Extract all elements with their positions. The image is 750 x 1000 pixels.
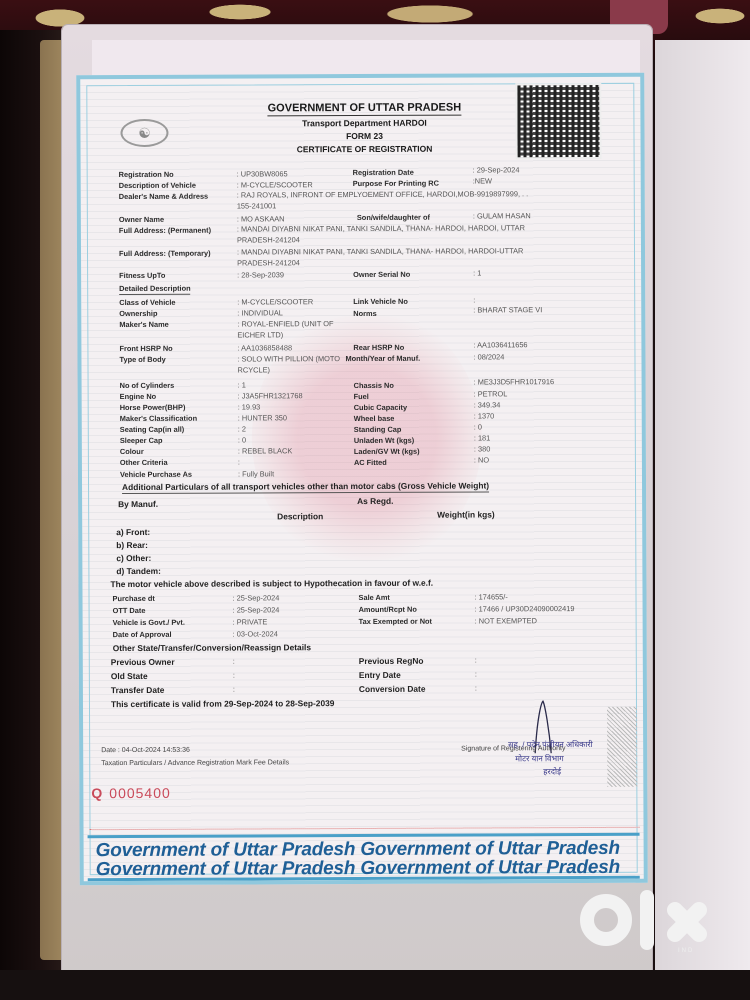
value-wheel-base: : 1370: [474, 411, 495, 420]
value-fuel: : PETROL: [474, 389, 508, 398]
stamp-line-2: मोटर यान विभाग: [515, 753, 564, 764]
label-engine-no: Engine No: [120, 392, 157, 401]
label-makers-classification: Maker's Classification: [120, 414, 197, 423]
value-makers-name: : ROYAL-ENFIELD (UNIT OF: [237, 319, 333, 328]
government-heading: GOVERNMENT OF UTTAR PRADESH: [80, 101, 647, 115]
label-govt-pvt: Vehicle is Govt./ Pvt.: [113, 618, 185, 627]
label-cubic-capacity: Cubic Capacity: [354, 403, 407, 412]
label-seating-cap: Seating Cap(in all): [120, 425, 185, 434]
value-address-temporary-2: PRADESH-241204: [237, 258, 300, 267]
label-cylinders: No of Cylinders: [120, 381, 175, 390]
value-amount-rcpt: : 17466 / UP30D24090002419: [475, 604, 575, 613]
label-month-year-manuf: Month/Year of Manuf.: [345, 354, 420, 363]
label-registration-no: Registration No: [119, 170, 174, 179]
label-purchase-dt: Purchase dt: [112, 594, 154, 603]
label-other-criteria: Other Criteria: [120, 458, 168, 467]
label-makers-name: Maker's Name: [119, 320, 168, 329]
olx-region: IND: [678, 948, 694, 954]
label-tax-exempted: Tax Exempted or Not: [359, 617, 432, 626]
value-description-of-vehicle: : M-CYCLE/SCOOTER: [237, 180, 313, 189]
value-month-year-manuf: : 08/2024: [473, 352, 504, 361]
banner-line-2: Government of Uttar Pradesh Government o…: [96, 857, 620, 881]
olx-o-shape: [580, 894, 632, 946]
label-rear-hsrp: Rear HSRP No: [353, 343, 404, 352]
label-laden-wt: Laden/GV Wt (kgs): [354, 447, 420, 456]
label-description: Description: [277, 511, 323, 521]
label-conversion-date: Conversion Date: [359, 684, 426, 694]
value-standing-cap: : 0: [474, 422, 482, 431]
value-purchase-as: : Fully Built: [238, 469, 274, 478]
label-wheel-base: Wheel base: [354, 414, 395, 423]
value-old-state: :: [233, 671, 235, 680]
value-rear-hsrp: : AA1036411656: [473, 340, 527, 349]
label-dealer: Dealer's Name & Address: [119, 192, 208, 201]
hologram-strip: [607, 707, 637, 787]
label-previous-regno: Previous RegNo: [359, 656, 424, 666]
value-previous-owner: :: [233, 657, 235, 666]
label-horse-power: Horse Power(BHP): [120, 403, 186, 412]
adjacent-sleeve-page: [655, 40, 750, 1000]
certificate-serial: Q0005400: [91, 785, 170, 801]
value-conversion-date: :: [475, 684, 477, 693]
label-front-hsrp: Front HSRP No: [119, 344, 172, 353]
serial-number: 0005400: [109, 785, 171, 801]
label-axle-rear: b) Rear:: [116, 540, 148, 550]
label-address-temporary: Full Address: (Temporary): [119, 249, 211, 258]
hypothecation-note: The motor vehicle above described is sub…: [110, 578, 433, 589]
label-transfer-date: Transfer Date: [111, 685, 165, 695]
value-address-permanent-2: PRADESH-241204: [237, 235, 300, 244]
value-makers-name-2: EICHER LTD): [237, 330, 283, 339]
taxation-particulars: Taxation Particulars / Advance Registrat…: [101, 759, 289, 767]
value-purpose-for-printing: :NEW: [473, 176, 492, 185]
value-norms: : BHARAT STAGE VI: [473, 305, 542, 314]
label-weight: Weight(in kgs): [437, 509, 495, 519]
value-chassis-no: : ME3J3D5FHR1017916: [474, 377, 555, 386]
label-link-vehicle-no: Link Vehicle No: [353, 297, 408, 306]
label-unladen-wt: Unladen Wt (kgs): [354, 436, 414, 445]
label-owner-serial: Owner Serial No: [353, 270, 410, 279]
label-purpose-for-printing: Purpose For Printing RC: [353, 179, 439, 188]
label-chassis-no: Chassis No: [354, 381, 394, 390]
value-purchase-dt: : 25-Sep-2024: [232, 593, 279, 602]
label-date-of-approval: Date of Approval: [113, 630, 172, 639]
value-ownership: : INDIVIDUAL: [237, 308, 283, 317]
value-makers-classification: : HUNTER 350: [238, 413, 287, 422]
label-axle-tandem: d) Tandem:: [116, 566, 161, 576]
value-ac-fitted: : NO: [474, 455, 489, 464]
value-type-of-body: : SOLO WITH PILLION (MOTO: [237, 354, 340, 363]
value-dealer-pin: 155-241001: [237, 201, 277, 210]
value-type-of-body-2: RCYCLE): [238, 365, 270, 374]
label-ac-fitted: AC Fitted: [354, 458, 387, 467]
value-transfer-date: :: [233, 685, 235, 694]
value-front-hsrp: : AA1036858488: [237, 343, 292, 352]
value-sale-amt: : 174655/-: [474, 592, 507, 601]
label-owner-name: Owner Name: [119, 215, 164, 224]
value-address-temporary: : MANDAI DIYABNI NIKAT PANI, TANKI SANDI…: [237, 246, 523, 256]
label-purchase-as: Vehicle Purchase As: [120, 470, 192, 479]
value-govt-pvt: : PRIVATE: [233, 617, 268, 626]
value-fitness-upto: : 28-Sep-2039: [237, 270, 284, 279]
label-sale-amt: Sale Amt: [358, 593, 389, 602]
value-cubic-capacity: : 349.34: [474, 400, 501, 409]
stamp-line-1: सह. / पदेन पंजीयन अधिकारी: [508, 739, 593, 750]
value-entry-date: :: [475, 670, 477, 679]
value-colour: : REBEL BLACK: [238, 446, 292, 455]
label-colour: Colour: [120, 447, 144, 456]
value-owner-name: : MO ASKAAN: [237, 214, 285, 223]
label-fitness-upto: Fitness UpTo: [119, 271, 165, 280]
value-engine-no: : J3A5FHR1321768: [238, 391, 303, 400]
label-sleeper-cap: Sleeper Cap: [120, 436, 163, 445]
value-dealer: : RAJ ROYALS, INFRONT OF EMPLYOEMENT OFF…: [237, 189, 528, 199]
section-detailed-description: Detailed Description: [119, 284, 191, 293]
olx-l-shape: [640, 890, 654, 950]
label-standing-cap: Standing Cap: [354, 425, 402, 434]
value-relation: : GULAM HASAN: [473, 211, 531, 220]
value-other-criteria: :: [238, 458, 240, 467]
olx-watermark-logo: IND: [578, 888, 718, 958]
value-horse-power: : 19.93: [238, 402, 261, 411]
value-address-permanent: : MANDAI DIYABNI NIKAT PANI, TANKI SANDI…: [237, 223, 525, 233]
print-date: Date : 04-Oct-2024 14:53:36: [101, 747, 190, 754]
validity-statement: This certificate is valid from 29-Sep-20…: [111, 698, 334, 709]
label-previous-owner: Previous Owner: [111, 657, 175, 667]
label-ott-date: OTT Date: [113, 606, 146, 615]
value-previous-regno: :: [475, 656, 477, 665]
value-link-vehicle-no: :: [473, 296, 475, 305]
value-tax-exempted: : NOT EXEMPTED: [475, 616, 537, 625]
value-class-of-vehicle: : M-CYCLE/SCOOTER: [237, 297, 313, 306]
section-additional-particulars: Additional Particulars of all transport …: [122, 480, 489, 492]
value-date-of-approval: : 03-Oct-2024: [233, 629, 278, 638]
value-owner-serial: : 1: [473, 268, 481, 277]
label-ownership: Ownership: [119, 309, 157, 318]
value-registration-no: : UP30BW8065: [237, 169, 288, 178]
value-unladen-wt: : 181: [474, 433, 490, 442]
section-transfer-details: Other State/Transfer/Conversion/Reassign…: [113, 642, 311, 653]
label-entry-date: Entry Date: [359, 670, 401, 680]
footer-banner: Government of Uttar Pradesh Government o…: [88, 833, 640, 881]
label-norms: Norms: [353, 309, 376, 318]
value-laden-wt: : 380: [474, 444, 490, 453]
value-registration-date: : 29-Sep-2024: [473, 165, 520, 174]
label-class-of-vehicle: Class of Vehicle: [119, 298, 175, 307]
label-description-of-vehicle: Description of Vehicle: [119, 181, 196, 190]
value-cylinders: : 1: [238, 381, 246, 390]
stamp-line-3: हरदोई: [543, 766, 561, 777]
value-seating-cap: : 2: [238, 425, 246, 434]
label-address-permanent: Full Address: (Permanent): [119, 226, 211, 235]
label-amount-rcpt: Amount/Rcpt No: [359, 605, 417, 614]
folder-bottom: [0, 970, 750, 1000]
label-axle-other: c) Other:: [116, 553, 151, 563]
label-by-manuf: By Manuf.: [118, 499, 158, 509]
label-axle-front: a) Front:: [116, 527, 150, 537]
label-old-state: Old State: [111, 671, 148, 681]
label-type-of-body: Type of Body: [119, 355, 165, 364]
label-relation: Son/wife/daughter of: [357, 213, 430, 222]
label-as-regd: As Regd.: [357, 496, 393, 506]
value-ott-date: : 25-Sep-2024: [233, 605, 280, 614]
label-fuel: Fuel: [354, 392, 369, 401]
value-sleeper-cap: : 0: [238, 436, 246, 445]
serial-prefix: Q: [91, 785, 103, 801]
registration-certificate: ☯ GOVERNMENT OF UTTAR PRADESH Transport …: [76, 73, 648, 885]
label-registration-date: Registration Date: [353, 168, 414, 177]
